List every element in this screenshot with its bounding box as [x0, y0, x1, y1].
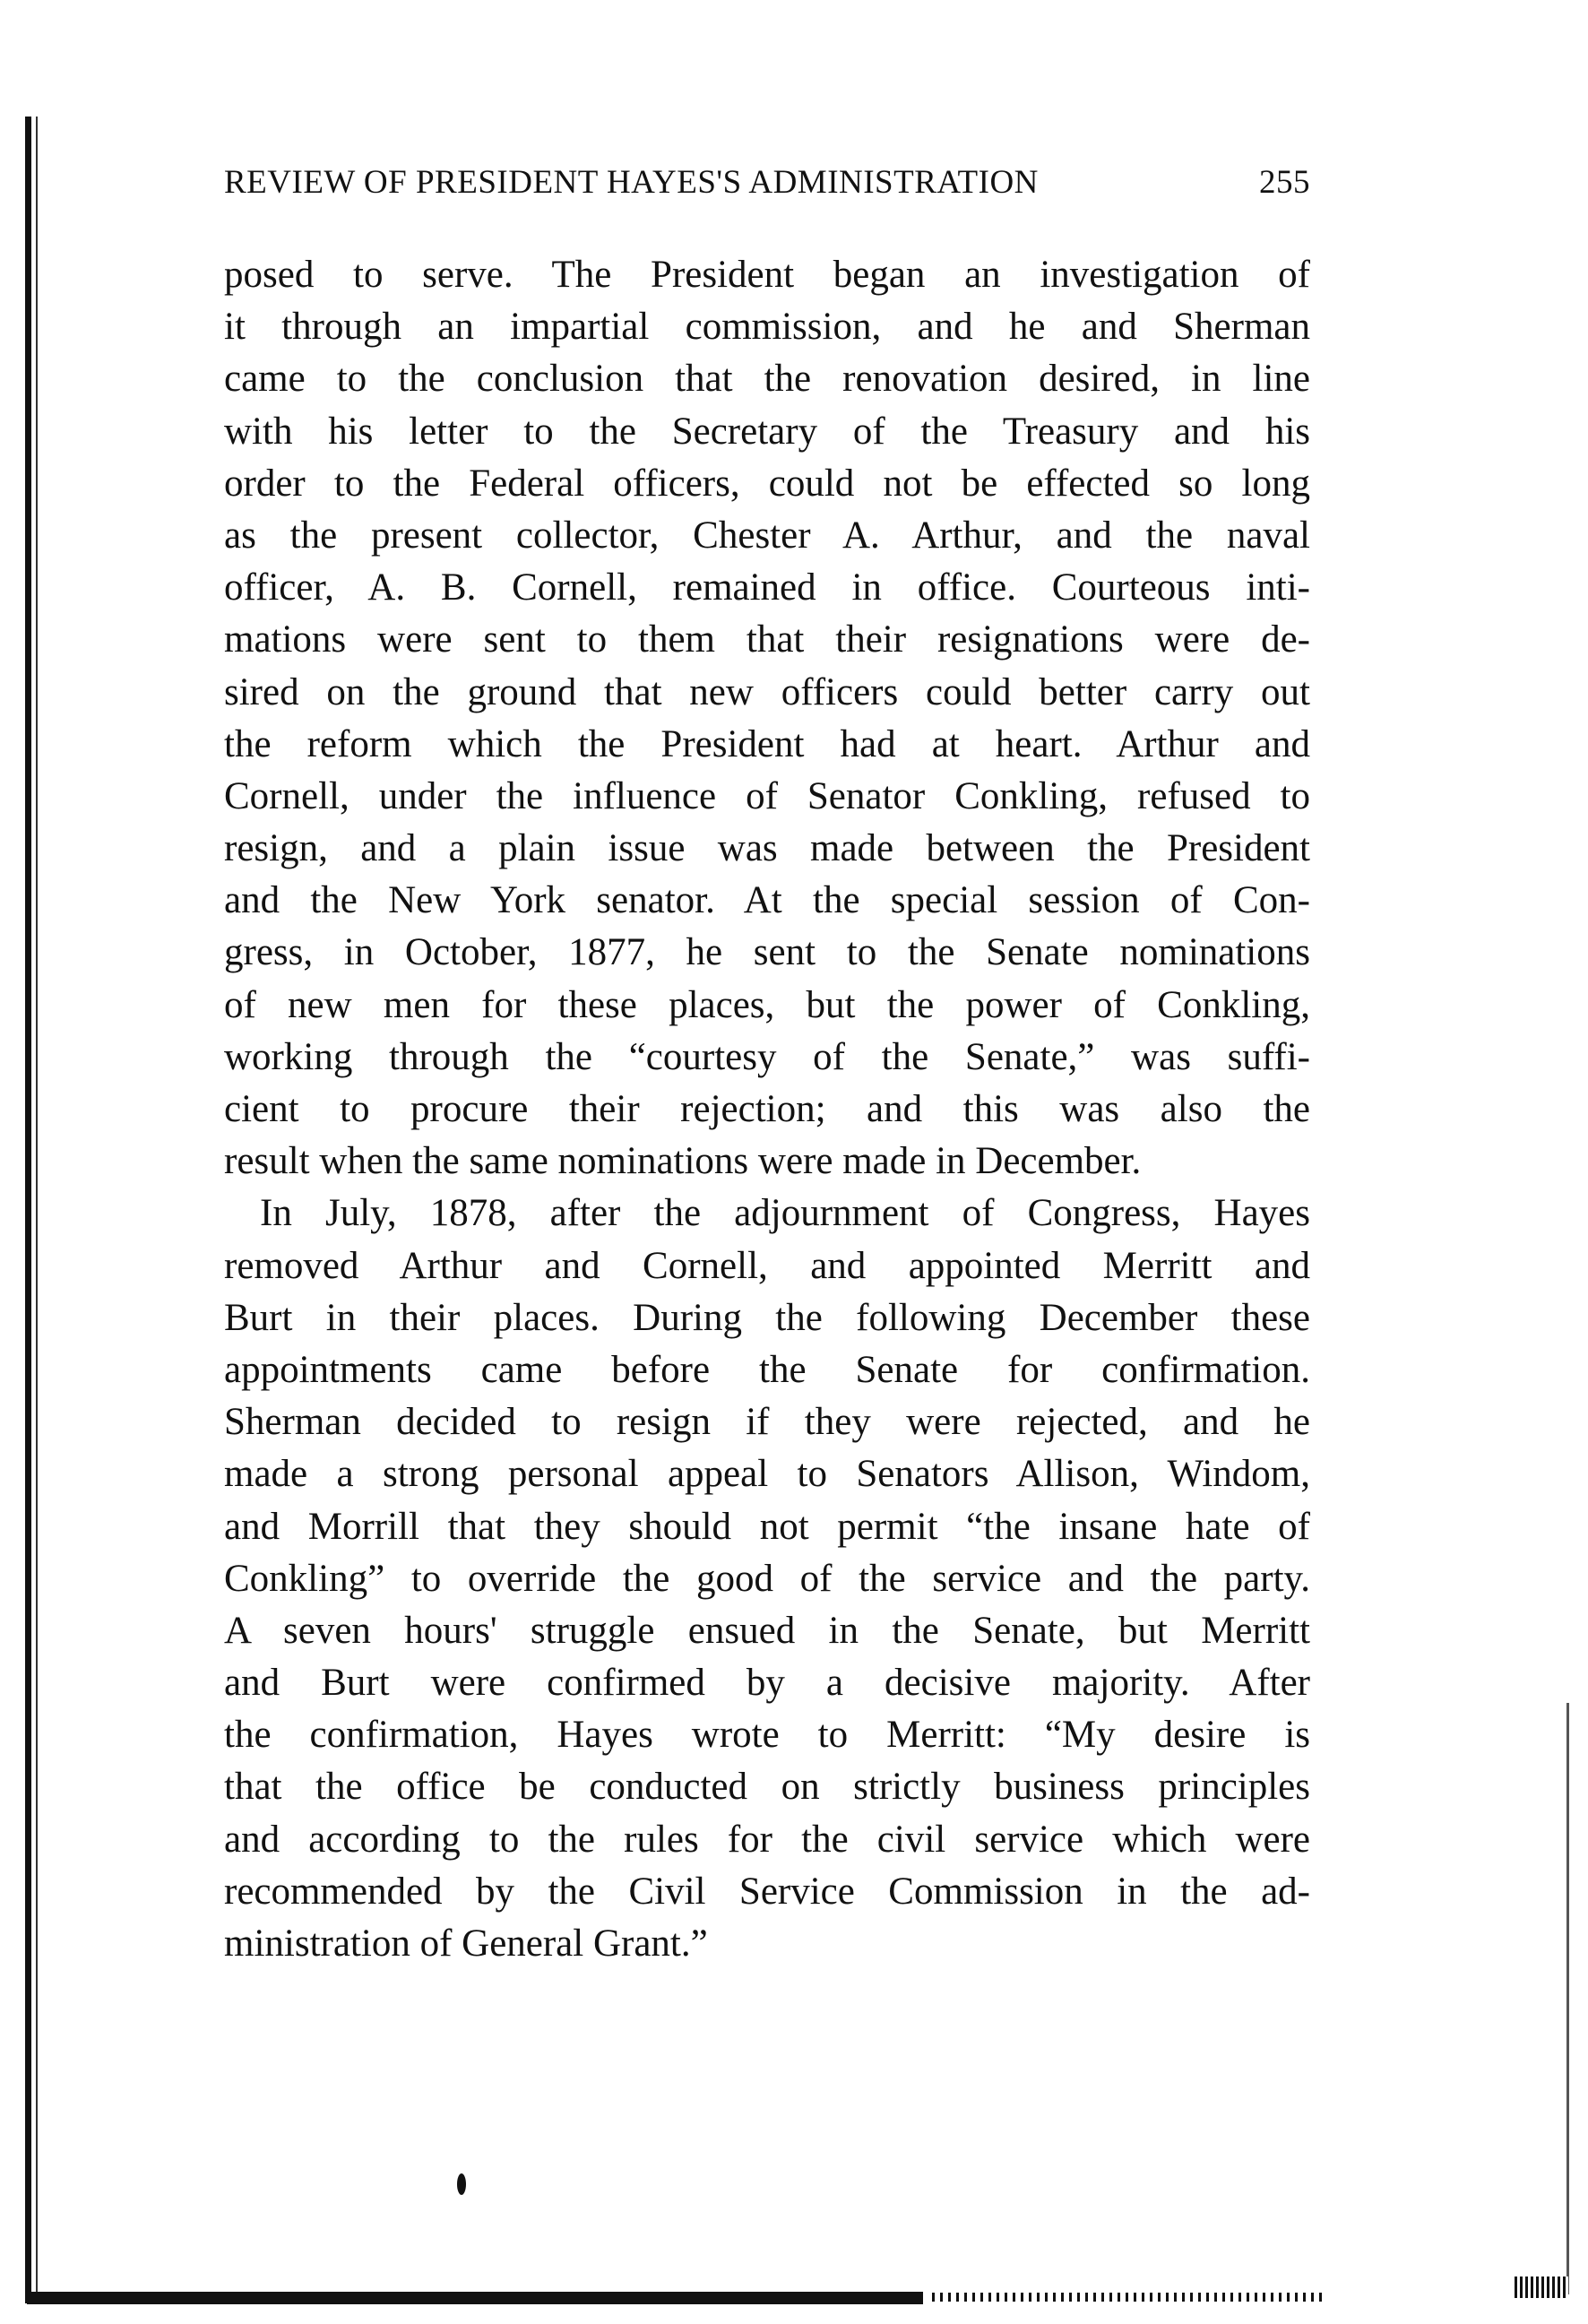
text-line: Sherman decided to resign if they were r…	[224, 1396, 1310, 1448]
text-line: officer, A. B. Cornell, remained in offi…	[224, 562, 1310, 614]
text-line: A seven hours' struggle ensued in the Se…	[224, 1605, 1310, 1657]
text-line: sired on the ground that new officers co…	[224, 667, 1310, 719]
text-line: Conkling” to override the good of the se…	[224, 1553, 1310, 1605]
page-number: 255	[1259, 163, 1310, 202]
text-line: as the present collector, Chester A. Art…	[224, 510, 1310, 562]
text-line: the confirmation, Hayes wrote to Merritt…	[224, 1709, 1310, 1761]
text-line: Burt in their places. During the followi…	[224, 1292, 1310, 1344]
text-line: and Morrill that they should not permit …	[224, 1501, 1310, 1553]
scan-edge-bottom	[27, 2292, 923, 2304]
paragraph-start-line: In July, 1878, after the adjournment of …	[224, 1188, 1310, 1240]
running-head: REVIEW OF PRESIDENT HAYES'S ADMINISTRATI…	[224, 163, 1310, 202]
scan-edge-corner	[1515, 2276, 1568, 2298]
text-line: working through the “courtesy of the Sen…	[224, 1032, 1310, 1084]
scan-edge-left	[25, 117, 31, 2303]
text-line: result when the same nominations were ma…	[224, 1136, 1310, 1188]
running-head-title: REVIEW OF PRESIDENT HAYES'S ADMINISTRATI…	[224, 163, 1039, 202]
text-line: with his letter to the Secretary of the …	[224, 406, 1310, 458]
text-line: and according to the rules for the civil…	[224, 1814, 1310, 1866]
text-line: came to the conclusion that the renovati…	[224, 353, 1310, 405]
text-line: made a strong personal appeal to Senator…	[224, 1448, 1310, 1500]
text-line: of new men for these places, but the pow…	[224, 980, 1310, 1032]
scan-edge-right	[1566, 1703, 1569, 2294]
text-line: gress, in October, 1877, he sent to the …	[224, 927, 1310, 979]
scan-edge-left-inner	[36, 117, 38, 2303]
text-line: the reform which the President had at he…	[224, 719, 1310, 771]
text-line: posed to serve. The President began an i…	[224, 249, 1310, 301]
text-line: it through an impartial commission, and …	[224, 301, 1310, 353]
text-line: and the New York senator. At the special…	[224, 875, 1310, 927]
text-line: that the office be conducted on strictly…	[224, 1761, 1310, 1813]
text-line: and Burt were confirmed by a decisive ma…	[224, 1657, 1310, 1709]
text-line: order to the Federal officers, could not…	[224, 458, 1310, 510]
text-line: appointments came before the Senate for …	[224, 1344, 1310, 1396]
text-line: Cornell, under the influence of Senator …	[224, 771, 1310, 823]
text-line: ministration of General Grant.”	[224, 1918, 1310, 1970]
scan-edge-bottom-fragment	[932, 2293, 1326, 2302]
book-page: REVIEW OF PRESIDENT HAYES'S ADMINISTRATI…	[0, 0, 1588, 2324]
text-line: removed Arthur and Cornell, and appointe…	[224, 1240, 1310, 1292]
text-line: recommended by the Civil Service Commiss…	[224, 1866, 1310, 1918]
body-text: posed to serve. The President began an i…	[224, 249, 1310, 1970]
text-line: cient to procure their rejection; and th…	[224, 1084, 1310, 1136]
text-line: mations were sent to them that their res…	[224, 614, 1310, 666]
text-line: resign, and a plain issue was made betwe…	[224, 823, 1310, 875]
ink-blot	[457, 2173, 466, 2195]
